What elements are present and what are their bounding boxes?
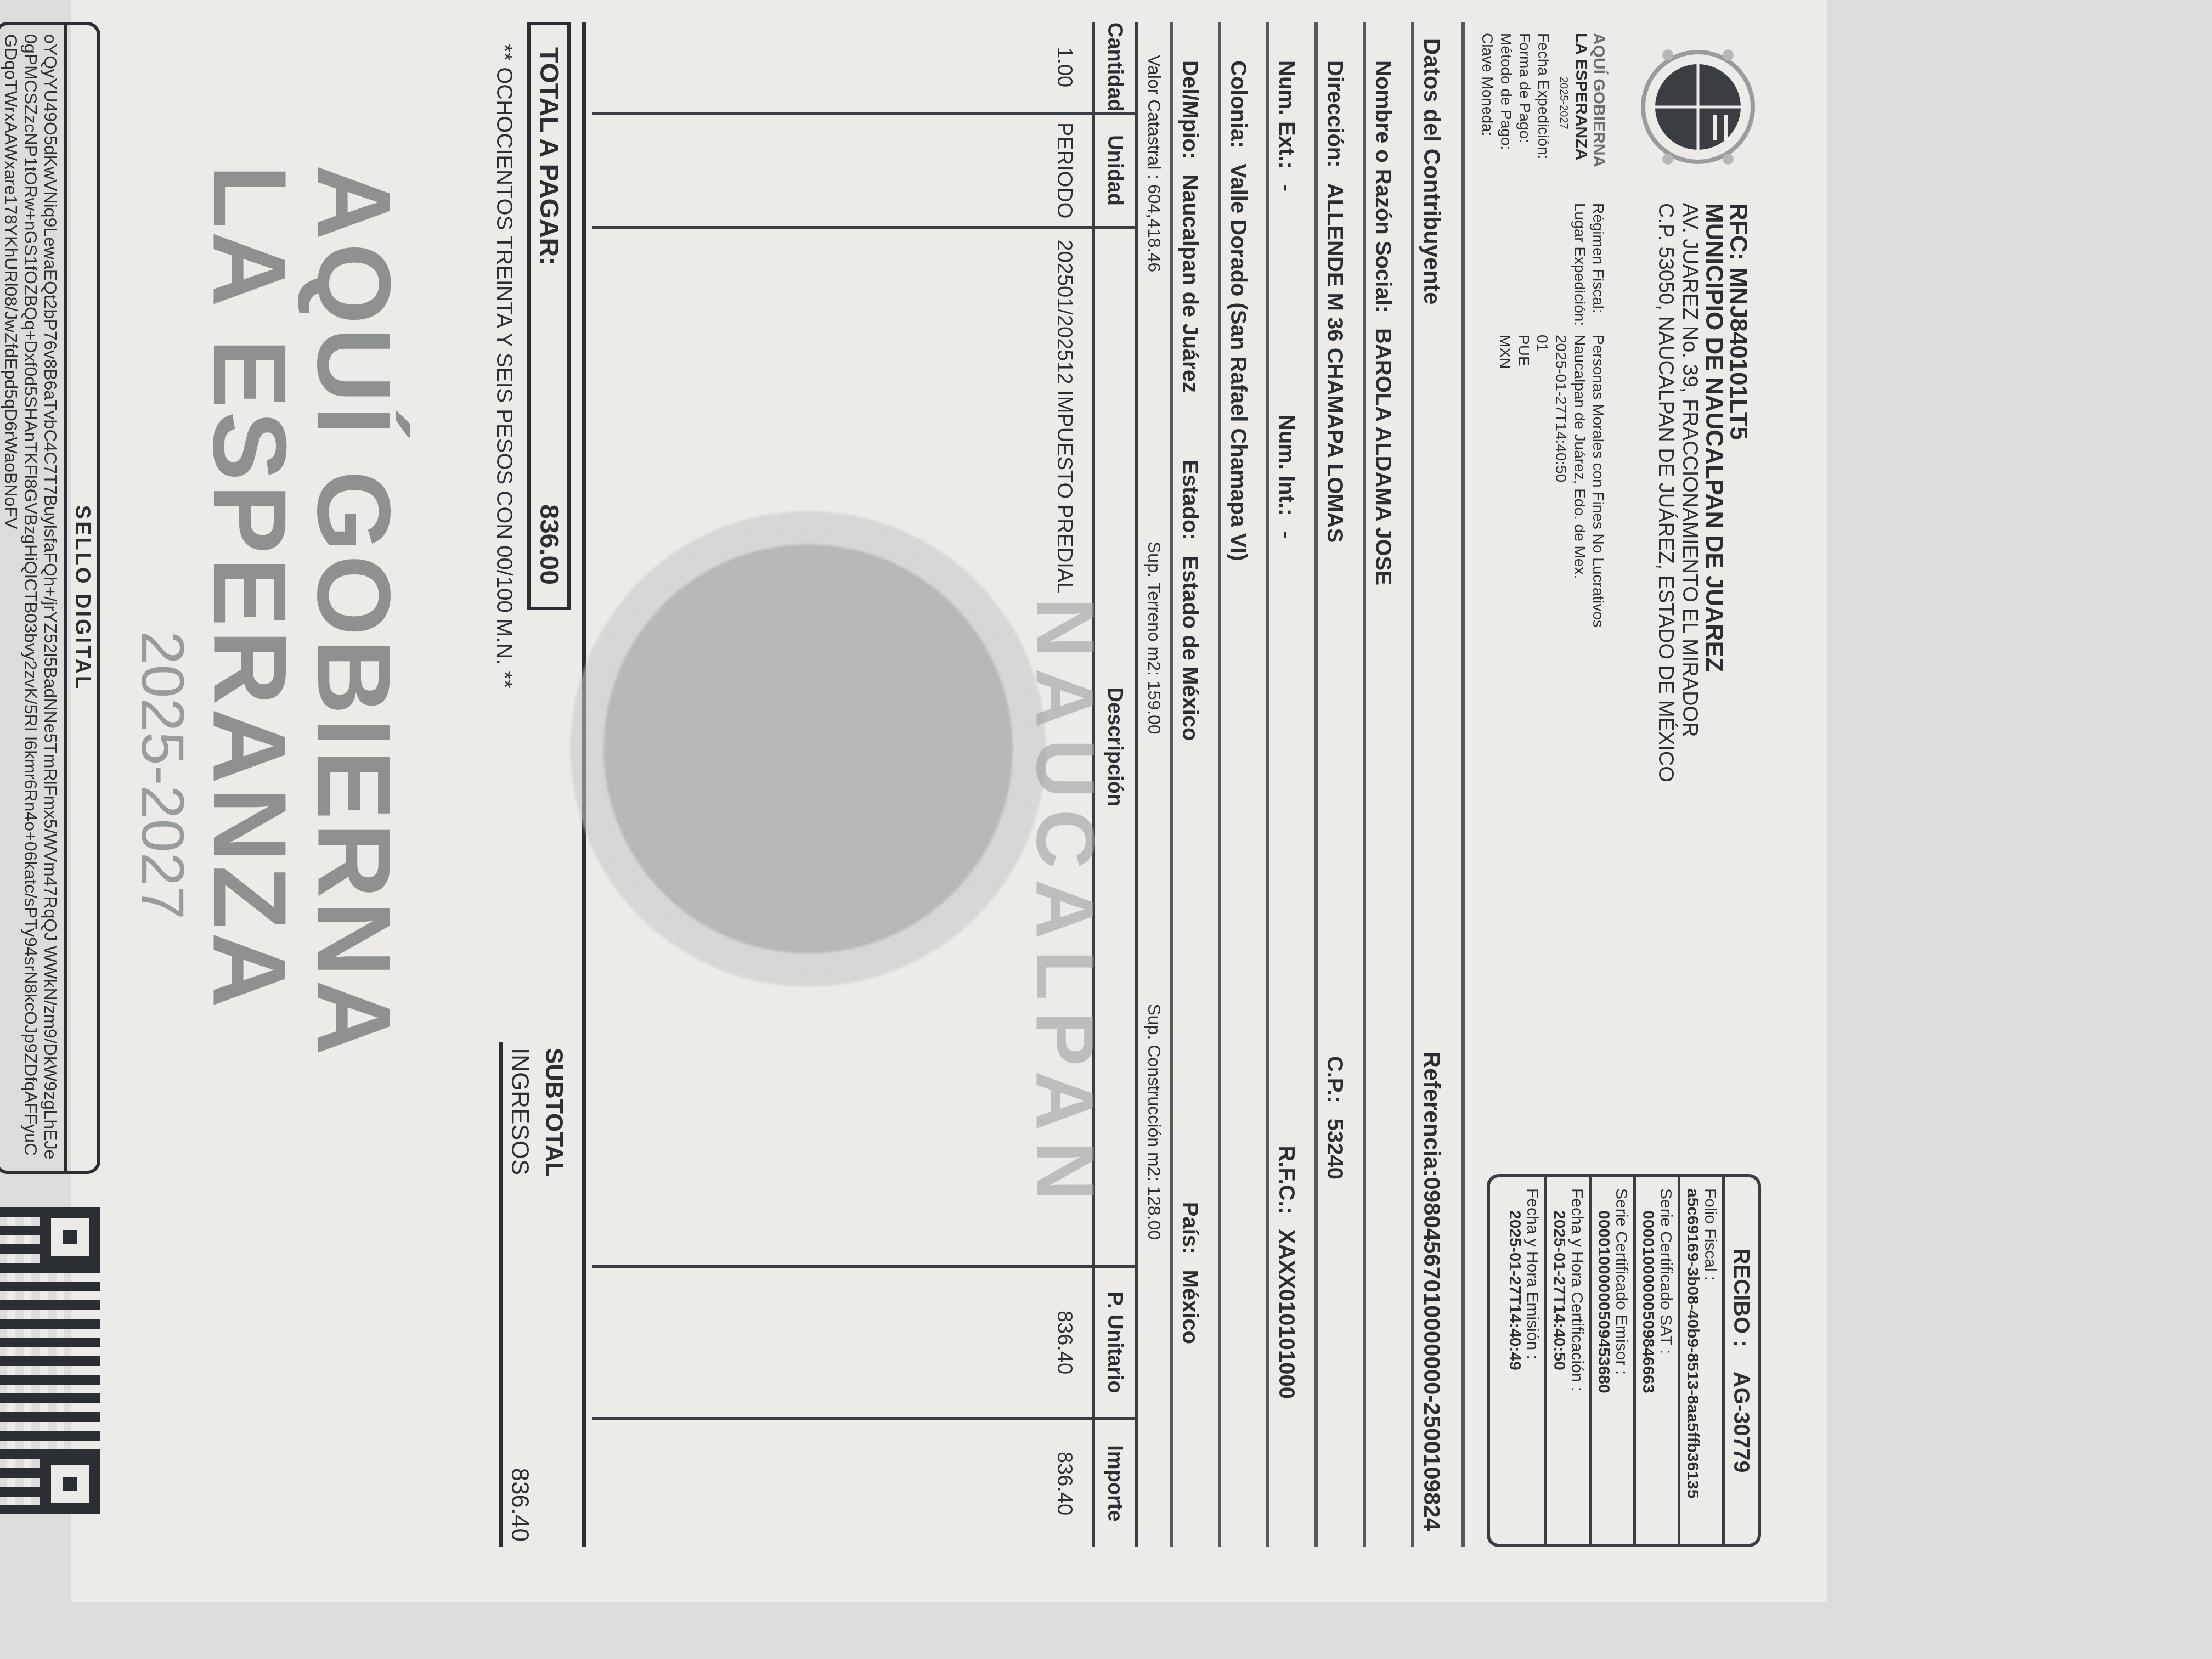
recibo-value: AG-30779 [1729,1372,1753,1473]
contributor-section-header: Datos del Contribuyente Referencia: 0980… [1411,22,1462,1547]
sup-construccion: Sup. Construcción m2: 128.00 [1144,1004,1164,1240]
sello-digital-box: SELLO DIGITAL oYQyYU49O5dKwVNiq9LewaEQt2… [0,22,100,1174]
recibo-number: RECIBO : AG-30779 [1722,1177,1758,1544]
num-ext-label: Num. Ext.: [1274,60,1299,169]
lugar-label: Lugar Expedición: [1570,203,1589,335]
receipt-info-box: RECIBO : AG-30779 Folio Fiscal : a5c6916… [1487,1174,1761,1547]
nombre-label: Nombre o Razón Social: [1370,60,1395,313]
folio-value: a5c69169-3b08-40b9-8513-8aa5ffb36135 [1684,1188,1701,1533]
issuer-address-1: AV. JUAREZ No. 39, FRACCIONAMIENTO EL MI… [1678,203,1702,782]
serie-certificado-emisor: Serie Certificado Emisor : 0000100000050… [1589,1177,1633,1544]
property-sizes-row: Valor Catastral : 604,418.46 Sup. Terren… [1138,22,1170,1547]
issuer-block: RFC: MNJ840101LT5 MUNICIPIO DE NAUCALPAN… [1476,22,1761,1064]
banner-line-1: AQUÍ GOBIERNA [302,165,406,1547]
subtotal-block: SUBTOTAL INGRESOS 836.40 [439,1042,571,1547]
items-table: NAUCALPAN Cantidad Unidad Descripción P.… [586,22,1138,1547]
header-slogan: AQUÍ GOBIERNA LA ESPERANZA 2025-2027 [1555,33,1607,167]
colonia-label: Colonia: [1226,60,1250,148]
cfdi-qr-code-icon [0,1207,100,1514]
total-block: TOTAL A PAGAR: 836.00 ** OCHOCIENTOS TRE… [439,22,571,1042]
estado-value: Estado de México [1177,556,1202,741]
total-a-pagar-box: TOTAL A PAGAR: 836.00 [527,22,571,610]
serie-emisor-value: 00001000000509453680 [1595,1188,1612,1533]
issuer-rfc: RFC: MNJ840101LT5 [1726,203,1750,782]
municipio-row: Del/Mpio: Naucalpan de Juárez Estado: Es… [1170,22,1218,1547]
fecha-cert-label: Fecha y Hora Certificación : [1568,1188,1585,1533]
total-value: 836.00 [534,504,564,585]
slogan-banner: AQUÍ GOBIERNA LA ESPERANZA 2025-2027 [128,165,406,1547]
fecha-expedicion-label: Fecha Expedición: [1534,33,1553,159]
payment-meta-labels: Fecha Expedición: Forma de Pago: Método … [1478,33,1553,159]
num-int-label: Num. Int.: [1274,415,1299,516]
ingresos-value: 836.40 [506,1468,533,1542]
fecha-expedicion-value: 2025-01-27T14:40:50 [1551,203,1570,628]
metodo-pago-value: PUE [1514,203,1533,628]
serie-sat-label: Serie Certificado SAT : [1657,1188,1674,1533]
direccion-label: Dirección: [1322,60,1347,168]
cell-importe: 836.40 [592,1419,1094,1548]
metodo-pago-label: Método de Pago: [1497,33,1515,159]
ingresos-label: INGRESOS [506,1048,533,1175]
mpio-label: Del/Mpio: [1177,60,1202,159]
referencia-label: Referencia: [1419,1052,1445,1177]
col-cantidad: Cantidad [1094,22,1135,114]
fecha-emision-label: Fecha y Hora Emisión : [1523,1188,1541,1533]
colonia-value: Valle Dorado (San Rafael Chamapa VI) [1226,163,1250,561]
cp-label: C.P.: [1322,1056,1347,1103]
regimen-value: Personas Morales con Fines No Lucrativos [1589,335,1607,628]
pais-value: México [1177,1269,1202,1344]
banner-years: 2025-2027 [128,165,198,1547]
issuer-name: MUNICIPIO DE NAUCALPAN DE JUAREZ [1702,203,1726,782]
subtotal-label: SUBTOTAL [540,1048,567,1177]
naucalpan-seal-logo-icon [1635,44,1761,170]
slogan-line-2: LA ESPERANZA [1572,33,1590,167]
fecha-certificacion: Fecha y Hora Certificación : 2025-01-27T… [1544,1177,1589,1544]
rfc-label: R.F.C.: [1274,1145,1299,1214]
receipt-page: RFC: MNJ840101LT5 MUNICIPIO DE NAUCALPAN… [71,0,1827,1602]
mpio-value: Naucalpan de Juárez [1177,174,1202,460]
receipt-header: RFC: MNJ840101LT5 MUNICIPIO DE NAUCALPAN… [1476,22,1761,1547]
col-p-unitario: P. Unitario [1094,1267,1135,1419]
direccion-value: ALLENDE M 36 CHAMAPA LOMAS [1322,183,1347,543]
watermark-text: NAUCALPAN [1018,598,1113,1212]
total-label: TOTAL A PAGAR: [534,47,564,266]
fecha-emision: Fecha y Hora Emisión : 2025-01-27T14:40:… [1503,1177,1544,1544]
issuer-info: RFC: MNJ840101LT5 MUNICIPIO DE NAUCALPAN… [1654,203,1750,782]
estado-label: Estado: [1177,460,1202,540]
issuer-address-2: C.P. 53050, NAUCALPAN DE JUÁREZ, ESTADO … [1654,203,1678,782]
fecha-emision-value: 2025-01-27T14:40:49 [1506,1188,1523,1533]
valor-catastral: Valor Catastral : 604,418.46 [1144,55,1164,272]
sello-digital-title: SELLO DIGITAL [64,25,97,1171]
cell-unidad: PERIODO [592,114,1094,227]
folio-label: Folio Fiscal : [1701,1188,1719,1533]
total-in-words: ** OCHOCIENTOS TREINTA Y SEIS PESOS CON … [492,22,516,1042]
slogan-line-1: AQUÍ GOBIERNA [1590,33,1607,167]
contributor-title: Datos del Contribuyente [1419,38,1445,304]
num-int-value: - [1274,531,1299,538]
fecha-cert-value: 2025-01-27T14:40:50 [1550,1188,1568,1533]
digital-seals-section: SELLO DIGITAL oYQyYU49O5dKwVNiq9LewaEQt2… [0,22,100,1547]
cell-cantidad: 1.00 [592,22,1094,114]
slogan-years: 2025-2027 [1555,33,1572,167]
sello-digital-value: oYQyYU49O5dKwVNiq9LewaEQt2bP76v8B6aTvbC4… [0,25,64,1171]
pais-label: País: [1177,1202,1202,1255]
clave-moneda-value: MXN [1496,203,1514,628]
cp-value: 53240 [1322,1119,1347,1180]
banner-line-2: LA ESPERANZA [198,165,302,1547]
sup-terreno: Sup. Terreno m2: 159.00 [1144,541,1164,735]
numero-row: Num. Ext.: - Num. Int.: - R.F.C.: XAXX01… [1266,22,1314,1547]
forma-pago-label: Forma de Pago: [1515,33,1534,159]
col-unidad: Unidad [1094,114,1135,227]
direccion-row: Dirección: ALLENDE M 36 CHAMAPA LOMAS C.… [1314,22,1363,1547]
regimen-label: Régimen Fiscal: [1589,203,1607,335]
referencia-value: 09804567010000000-2500109824 [1419,1177,1445,1531]
nombre-value: BAROLA ALDAMA JOSE [1370,328,1395,585]
cell-p-unitario: 836.40 [592,1267,1094,1419]
num-ext-value: - [1274,184,1299,415]
clave-moneda-label: Clave Moneda: [1478,33,1497,159]
rfc-value: XAXX010101000 [1274,1229,1299,1399]
col-importe: Importe [1094,1419,1135,1548]
folio-fiscal: Folio Fiscal : a5c69169-3b08-40b9-8513-8… [1678,1177,1722,1544]
serie-certificado-sat: Serie Certificado SAT : 0000100000050984… [1633,1177,1678,1544]
forma-pago-value: 01 [1533,203,1551,628]
recibo-label: RECIBO : [1729,1248,1753,1347]
lugar-value: Naucalpan de Juárez, Edo. de Mex. [1570,335,1589,579]
fiscal-meta: Régimen Fiscal:Personas Morales con Fine… [1496,203,1607,628]
watermark-seal-icon [548,488,1069,1009]
nombre-row: Nombre o Razón Social: BAROLA ALDAMA JOS… [1363,22,1411,1547]
serie-emisor-label: Serie Certificado Emisor : [1612,1188,1630,1533]
colonia-row: Colonia: Valle Dorado (San Rafael Chamap… [1218,22,1266,1547]
serie-sat-value: 00001000000509846663 [1639,1188,1657,1533]
divider [1462,22,1465,1547]
